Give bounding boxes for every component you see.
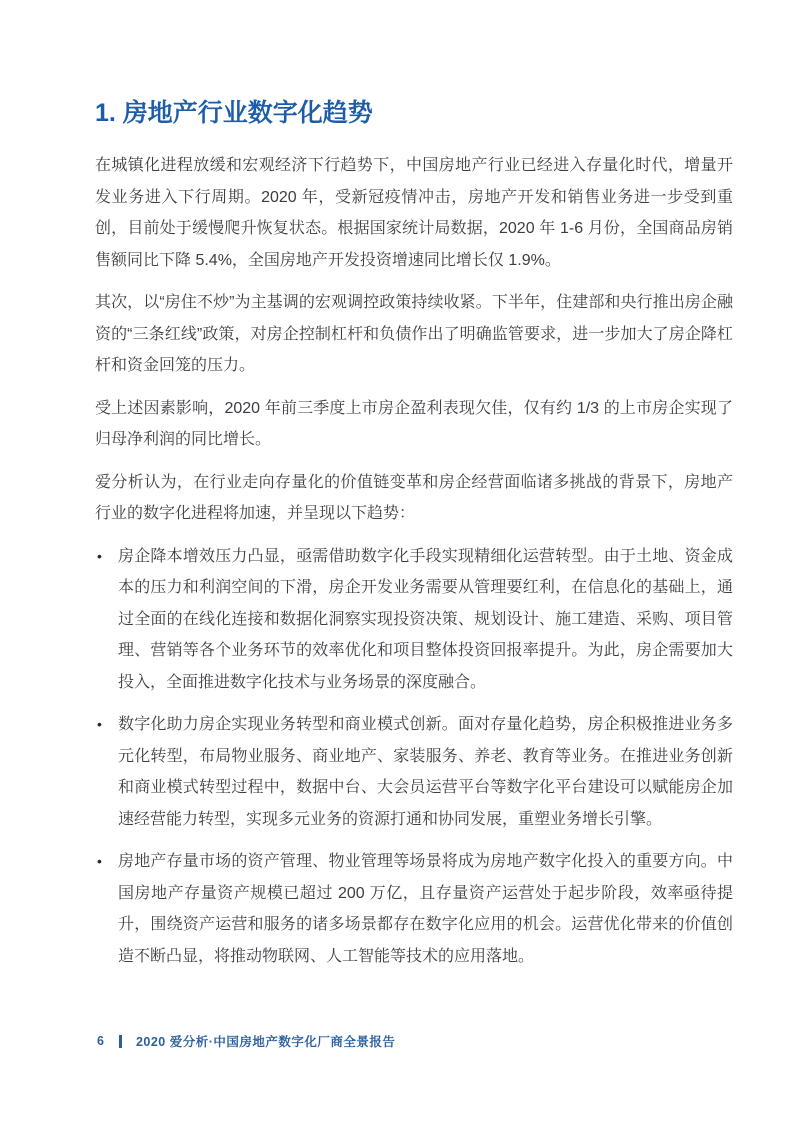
paragraph-trend-intro: 爱分析认为，在行业走向存量化的价值链变革和房企经营面临诸多挑战的背景下，房地产行… xyxy=(95,467,733,530)
list-item-text: 房地产存量市场的资产管理、物业管理等场景将成为房地产数字化投入的重要方向。中国房… xyxy=(118,853,733,965)
list-item-text: 房企降本增效压力凸显，亟需借助数字化手段实现精细化运营转型。由于土地、资金成本的… xyxy=(118,548,733,691)
bullet-icon: • xyxy=(97,709,102,741)
section-heading: 1. 房地产行业数字化趋势 xyxy=(95,96,733,130)
list-item-business-transformation: • 数字化助力房企实现业务转型和商业模式创新。面对存量化趋势，房企积极推进业务多… xyxy=(95,709,733,835)
footer-separator-bar xyxy=(119,1035,122,1048)
bullet-icon: • xyxy=(97,846,102,878)
report-page: 1. 房地产行业数字化趋势 在城镇化进程放缓和宏观经济下行趋势下，中国房地产行业… xyxy=(0,0,793,1122)
paragraph-policy-tightening: 其次，以“房住不炒”为主基调的宏观调控政策持续收紧。下半年，住建部和央行推出房企… xyxy=(95,287,733,382)
list-item-asset-management: • 房地产存量市场的资产管理、物业管理等场景将成为房地产数字化投入的重要方向。中… xyxy=(95,846,733,972)
trend-list: • 房企降本增效压力凸显，亟需借助数字化手段实现精细化运营转型。由于土地、资金成… xyxy=(95,541,733,973)
page-content: 1. 房地产行业数字化趋势 在城镇化进程放缓和宏观经济下行趋势下，中国房地产行业… xyxy=(95,96,733,983)
list-item-cost-efficiency: • 房企降本增效压力凸显，亟需借助数字化手段实现精细化运营转型。由于土地、资金成… xyxy=(95,541,733,699)
paragraph-profit-performance: 受上述因素影响，2020 年前三季度上市房企盈利表现欠佳，仅有约 1/3 的上市… xyxy=(95,393,733,456)
bullet-icon: • xyxy=(97,541,102,573)
page-footer: 6 2020 爱分析·中国房地产数字化厂商全景报告 xyxy=(97,1032,395,1050)
footer-page-number: 6 xyxy=(97,1034,104,1048)
list-item-text: 数字化助力房企实现业务转型和商业模式创新。面对存量化趋势，房企积极推进业务多元化… xyxy=(118,716,733,828)
footer-report-title: 2020 爱分析·中国房地产数字化厂商全景报告 xyxy=(136,1032,395,1050)
paragraph-industry-overview: 在城镇化进程放缓和宏观经济下行趋势下，中国房地产行业已经进入存量化时代，增量开发… xyxy=(95,150,733,276)
